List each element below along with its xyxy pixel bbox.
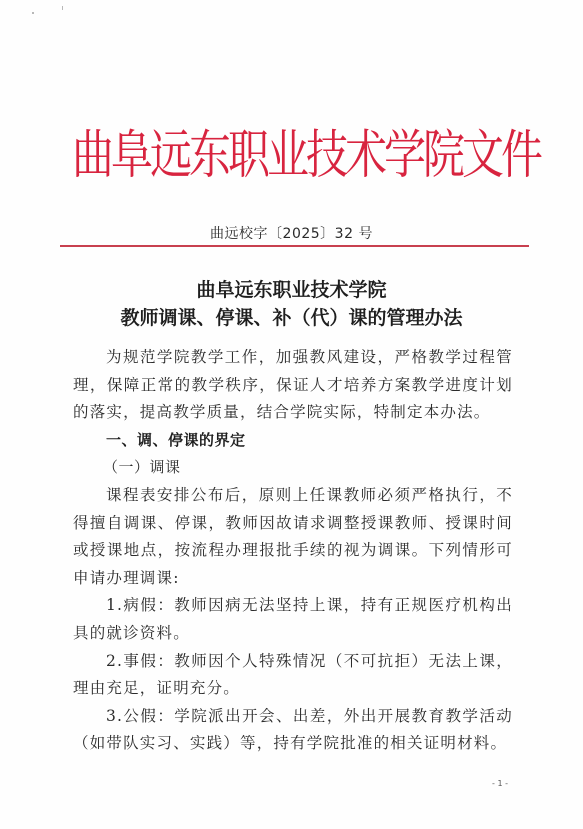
list-item-personal-leave: 2.事假：教师因个人特殊情况（不可抗拒）无法上课，理由充足，证明充分。 — [73, 648, 513, 703]
subsection-heading: （一）调课 — [73, 454, 513, 482]
issuer-header: 曲阜远东职业技术学院文件 — [72, 116, 516, 196]
scan-artifact — [32, 12, 34, 14]
list-item-official-leave: 3.公假：学院派出开会、出差，外出开展教育教学活动（如带队实习、实践）等，持有学… — [73, 703, 513, 758]
page-number: - 1 - — [480, 779, 520, 788]
red-divider-line — [60, 245, 529, 247]
title-line-2: 教师调课、停课、补（代）课的管理办法 — [0, 304, 583, 332]
document-page: 曲阜远东职业技术学院文件 曲远校字〔2025〕32 号 曲阜远东职业技术学院 教… — [0, 0, 583, 829]
title-line-1: 曲阜远东职业技术学院 — [0, 276, 583, 304]
section-heading: 一、调、停课的界定 — [73, 427, 513, 455]
document-number: 曲远校字〔2025〕32 号 — [0, 225, 583, 243]
list-item-sick-leave: 1.病假：教师因病无法坚持上课，持有正规医疗机构出具的就诊资料。 — [73, 592, 513, 647]
document-body: 为规范学院教学工作，加强教风建设，严格教学过程管理，保障正常的教学秩序，保证人才… — [73, 344, 513, 758]
body-paragraph: 课程表安排公布后，原则上任课教师必须严格执行，不得擅自调课、停课，教师因故请求调… — [73, 482, 513, 592]
document-title: 曲阜远东职业技术学院 教师调课、停课、补（代）课的管理办法 — [0, 276, 583, 332]
scan-artifact — [62, 6, 63, 10]
intro-paragraph: 为规范学院教学工作，加强教风建设，严格教学过程管理，保障正常的教学秩序，保证人才… — [73, 344, 513, 427]
